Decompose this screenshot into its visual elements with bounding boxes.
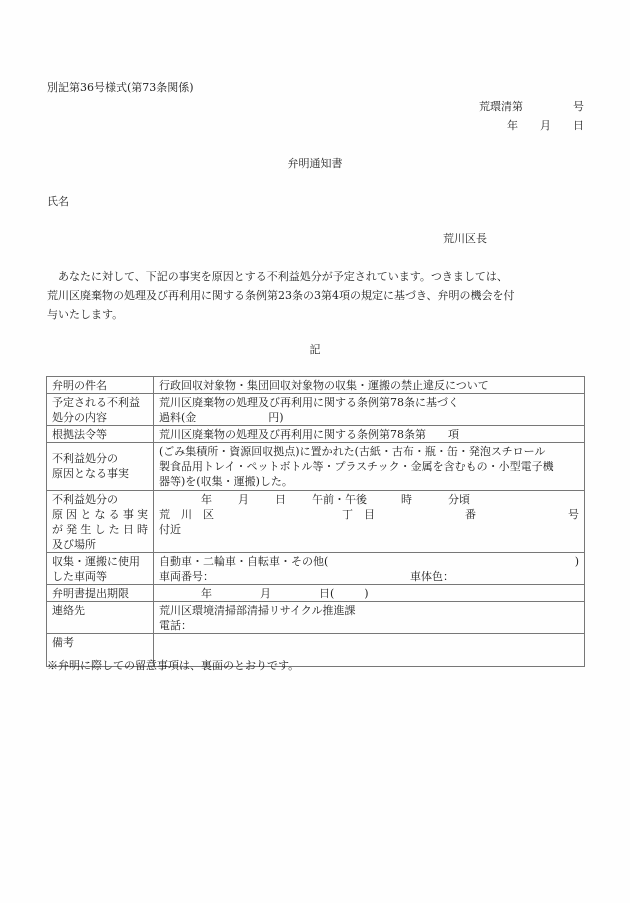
- table-row: 根拠法令等 荒川区廃棄物の処理及び再利用に関する条例第78条第項: [47, 426, 585, 443]
- dt-ampm: 午前・午後: [312, 493, 367, 506]
- row-value: 年月日(): [154, 585, 585, 602]
- ki-heading: 記: [0, 344, 630, 355]
- label-line: 不利益処分の: [52, 451, 148, 466]
- deadline-close: ): [364, 587, 368, 600]
- notice-table: 弁明の件名 行政回収対象物・集団回収対象物の収集・運搬の禁止違反について 予定さ…: [46, 376, 585, 667]
- vehicle-types: 自動車・二輪車・自転車・その他(: [159, 554, 328, 569]
- row-label: 弁明書提出期限: [47, 585, 154, 602]
- date-day: 日: [573, 119, 584, 132]
- occurrence-datetime: 年月日午前・午後時分頃: [159, 492, 579, 507]
- reference-number: 荒環清第号: [479, 101, 584, 112]
- row-value: 荒川区廃棄物の処理及び再利用に関する条例第78条に基づく 過料(金円): [154, 394, 585, 426]
- row-value: 荒川区廃棄物の処理及び再利用に関する条例第78条第項: [154, 426, 585, 443]
- document-title: 弁明通知書: [0, 158, 630, 169]
- label-line: 原因となる事実: [52, 466, 148, 481]
- place-ward: 荒 川 区: [159, 507, 329, 522]
- row-label: 不利益処分の 原因となる事実: [47, 443, 154, 491]
- body-text: あなたに対して、下記の事実を原因とする不利益処分が予定されています。つきましては…: [47, 267, 587, 324]
- fine-amount: 過料(金円): [159, 410, 579, 425]
- value-line: 荒川区廃棄物の処理及び再利用に関する条例第78条に基づく: [159, 395, 579, 410]
- deadline-year: 年: [201, 587, 212, 600]
- row-label: 予定される不利益 処分の内容: [47, 394, 154, 426]
- row-label: 連絡先: [47, 602, 154, 634]
- recipient-name-label: 氏名: [47, 196, 69, 207]
- place-ban: 番: [465, 507, 555, 522]
- label-line: 処分の内容: [52, 410, 148, 425]
- contact-phone: 電話：: [159, 618, 579, 633]
- row-label: 弁明の件名: [47, 377, 154, 394]
- row-label: 不利益処分の 原因となる事実 が発生した日時 及び場所: [47, 491, 154, 553]
- label-line: が発生した日時: [52, 522, 148, 537]
- dt-year: 年: [201, 493, 212, 506]
- vehicle-details: 車両番号：車体色：: [159, 569, 579, 584]
- color-label: 車体色：: [410, 570, 454, 583]
- place-chome: 丁 目: [342, 507, 452, 522]
- contact-department: 荒川区環境清掃部清掃リサイクル推進課: [159, 603, 579, 618]
- issuer: 荒川区長: [443, 233, 487, 244]
- table-row: 不利益処分の 原因となる事実 が発生した日時 及び場所 年月日午前・午後時分頃 …: [47, 491, 585, 553]
- ref-prefix: 荒環清第: [479, 100, 523, 113]
- body-line-1: あなたに対して、下記の事実を原因とする不利益処分が予定されています。つきましては…: [47, 267, 587, 286]
- table-row: 弁明書提出期限 年月日(): [47, 585, 585, 602]
- label-line: した車両等: [52, 569, 148, 584]
- dt-month: 月: [238, 493, 249, 506]
- fine-suffix: 円): [268, 411, 283, 424]
- vehicle-type: 自動車・二輪車・自転車・その他(): [159, 554, 579, 569]
- label-line: 原因となる事実: [52, 507, 148, 522]
- value-line: (ごみ集積所・資源回収拠点)に置かれた(古紙・古布・瓶・缶・発泡スチロール: [159, 444, 579, 459]
- row-value: 自動車・二輪車・自転車・その他() 車両番号：車体色：: [154, 553, 585, 585]
- row-label: 収集・運搬に使用 した車両等: [47, 553, 154, 585]
- form-id: 別記第36号様式(第73条関係): [47, 82, 194, 93]
- label-line: 予定される不利益: [52, 395, 148, 410]
- ref-suffix: 号: [573, 100, 584, 113]
- fine-prefix: 過料(金: [159, 411, 196, 424]
- label-line: 収集・運搬に使用: [52, 554, 148, 569]
- body-line-3: 与いたします。: [47, 305, 587, 324]
- footnote: ※弁明に際しての留意事項は、裏面のとおりです。: [47, 660, 299, 671]
- deadline-month: 月: [260, 587, 271, 600]
- vehicle-close: ): [575, 554, 579, 569]
- plate-label: 車両番号：: [159, 570, 214, 583]
- dt-minute: 分頃: [448, 493, 470, 506]
- dt-day: 日: [275, 493, 286, 506]
- row-value: 荒川区環境清掃部清掃リサイクル推進課 電話：: [154, 602, 585, 634]
- table-row: 弁明の件名 行政回収対象物・集団回収対象物の収集・運搬の禁止違反について: [47, 377, 585, 394]
- table-row: 不利益処分の 原因となる事実 (ごみ集積所・資源回収拠点)に置かれた(古紙・古布…: [47, 443, 585, 491]
- label-line: 不利益処分の: [52, 492, 148, 507]
- place-vicinity: 付近: [159, 522, 579, 537]
- deadline-day: 日(: [319, 587, 334, 600]
- body-line-2: 荒川区廃棄物の処理及び再利用に関する条例第23条の3第4項の規定に基づき、弁明の…: [47, 286, 587, 305]
- legal-basis-suffix: 項: [448, 428, 459, 441]
- value-line: 製食品用トレイ・ペットボトル等・プラスチック・金属を含むもの・小型電子機: [159, 459, 579, 474]
- date-year: 年: [507, 119, 518, 132]
- place-go: 号: [568, 507, 579, 522]
- date-month: 月: [540, 119, 551, 132]
- legal-basis-prefix: 荒川区廃棄物の処理及び再利用に関する条例第78条第: [159, 428, 426, 441]
- row-label: 根拠法令等: [47, 426, 154, 443]
- dt-hour: 時: [401, 493, 412, 506]
- issue-date: 年月日: [507, 120, 584, 131]
- label-line: 及び場所: [52, 537, 148, 552]
- value-line: 器等)を(収集・運搬)した。: [159, 474, 579, 489]
- table-row: 収集・運搬に使用 した車両等 自動車・二輪車・自転車・その他() 車両番号：車体…: [47, 553, 585, 585]
- row-value: 行政回収対象物・集団回収対象物の収集・運搬の禁止違反について: [154, 377, 585, 394]
- table-row: 予定される不利益 処分の内容 荒川区廃棄物の処理及び再利用に関する条例第78条に…: [47, 394, 585, 426]
- table-row: 連絡先 荒川区環境清掃部清掃リサイクル推進課 電話：: [47, 602, 585, 634]
- occurrence-place: 荒 川 区 丁 目 番 号: [159, 507, 579, 522]
- row-value: (ごみ集積所・資源回収拠点)に置かれた(古紙・古布・瓶・缶・発泡スチロール 製食…: [154, 443, 585, 491]
- row-value: 年月日午前・午後時分頃 荒 川 区 丁 目 番 号 付近: [154, 491, 585, 553]
